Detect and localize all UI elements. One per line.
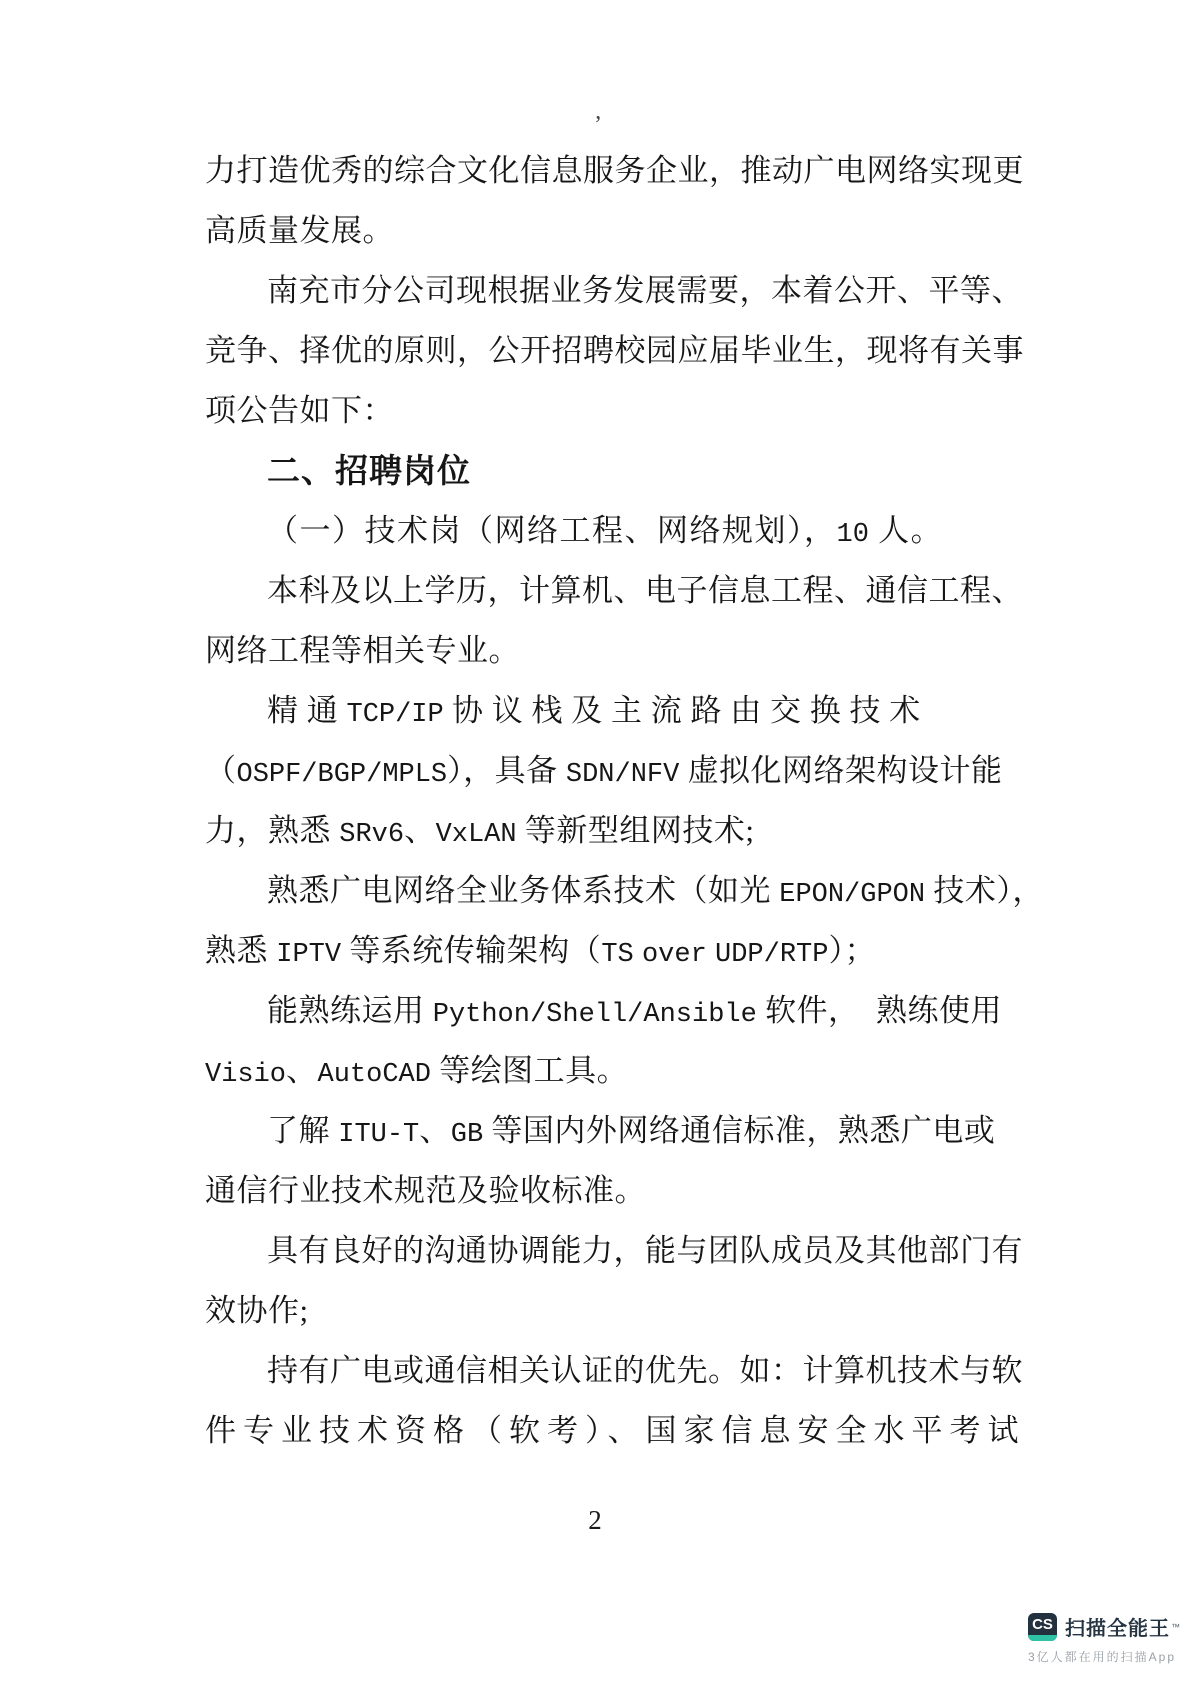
camscanner-brand-row: CS 扫描全能王 ™	[1028, 1612, 1188, 1641]
text-line: 件专业技术资格（软考）、国家信息安全水平考试	[205, 1401, 1055, 1461]
text-line: 熟悉广电网络全业务体系技术（如光 EPON/GPON 技术），	[205, 861, 1055, 921]
camscanner-tagline: 3亿人都在用的扫描App	[1028, 1648, 1188, 1665]
page-number: 2	[0, 1505, 1190, 1536]
trademark-symbol: ™	[1171, 1622, 1180, 1632]
camscanner-logo-accent-strip	[1028, 1635, 1057, 1641]
text-line: 熟悉 IPTV 等系统传输架构（TS over UDP/RTP）；	[205, 921, 1055, 981]
camscanner-watermark: CS 扫描全能王 ™ 3亿人都在用的扫描App	[1028, 1612, 1188, 1665]
document-page: ’ 力打造优秀的综合文化信息服务企业，推动广电网络实现更高质量发展。南充市分公司…	[0, 0, 1190, 1684]
text-line: 力，熟悉 SRv6、VxLAN 等新型组网技术;	[205, 801, 1055, 861]
text-line: 竞争、择优的原则，公开招聘校园应届毕业生，现将有关事	[205, 321, 1055, 381]
position-subheading: （一）技术岗（网络工程、网络规划），10 人。	[205, 501, 1055, 561]
text-line: 通信行业技术规范及验收标准。	[205, 1161, 1055, 1221]
text-line: 持有广电或通信相关认证的优先。如：计算机技术与软	[205, 1341, 1055, 1401]
text-line: 力打造优秀的综合文化信息服务企业，推动广电网络实现更	[205, 141, 1055, 201]
text-line: 了解 ITU-T、GB 等国内外网络通信标准，熟悉广电或	[205, 1101, 1055, 1161]
text-line: Visio、AutoCAD 等绘图工具。	[205, 1041, 1055, 1101]
text-line: 网络工程等相关专业。	[205, 621, 1055, 681]
camscanner-logo-icon: CS	[1028, 1613, 1057, 1641]
text-line: 南充市分公司现根据业务发展需要，本着公开、平等、	[205, 261, 1055, 321]
text-line: （OSPF/BGP/MPLS），具备 SDN/NFV 虚拟化网络架构设计能	[205, 741, 1055, 801]
camscanner-app-name: 扫描全能王	[1065, 1612, 1170, 1641]
scan-artifact-mark: ’	[594, 112, 602, 139]
text-line: 本科及以上学历，计算机、电子信息工程、通信工程、	[205, 561, 1055, 621]
section-heading: 二、招聘岗位	[205, 441, 1055, 501]
text-line: 具有良好的沟通协调能力，能与团队成员及其他部门有	[205, 1221, 1055, 1281]
camscanner-logo-letters: CS	[1028, 1614, 1057, 1635]
text-line: 效协作;	[205, 1281, 1055, 1341]
text-line: 精 通 TCP/IP 协 议 栈 及 主 流 路 由 交 换 技 术	[205, 681, 1055, 741]
text-line: 能熟练运用 Python/Shell/Ansible 软件， 熟练使用	[205, 981, 1055, 1041]
text-line: 高质量发展。	[205, 201, 1055, 261]
document-body: 力打造优秀的综合文化信息服务企业，推动广电网络实现更高质量发展。南充市分公司现根…	[205, 141, 1055, 1461]
text-line: 项公告如下：	[205, 381, 1055, 441]
